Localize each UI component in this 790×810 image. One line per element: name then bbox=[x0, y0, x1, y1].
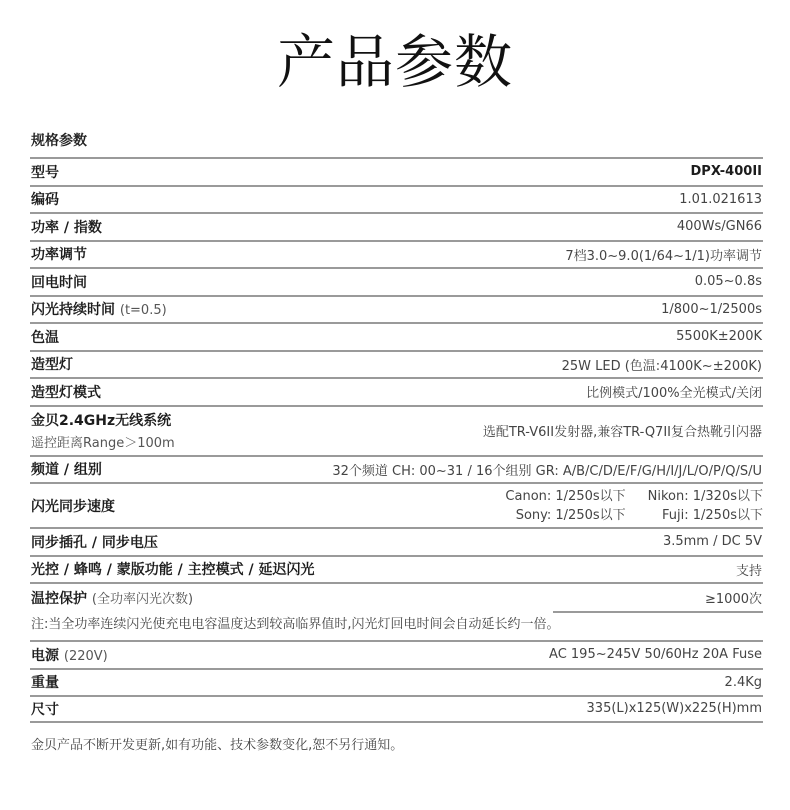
thermal-note: 注:当全功率连续闪光使充电电容温度达到较高临界值时,闪光灯回电时间会自动延长约一… bbox=[30, 611, 763, 638]
spec-value: 3.5mm / DC 5V bbox=[663, 534, 763, 549]
spec-label: 闪光持续时间 (t=0.5) bbox=[30, 299, 167, 319]
spec-table: 型号 DPX-400II 编码 1.01.021613 功率 / 指数 400W… bbox=[30, 157, 763, 723]
spec-label: 光控 / 蜂鸣 / 蒙版功能 / 主控模式 / 延迟闪光 bbox=[30, 559, 314, 579]
spec-label-range: 遥控距离Range＞100m bbox=[31, 432, 175, 451]
spec-label: 回电时间 bbox=[30, 272, 87, 292]
spec-row-power-gn: 功率 / 指数 400Ws/GN66 bbox=[30, 212, 763, 240]
spec-label: 编码 bbox=[30, 189, 59, 209]
spec-label: 同步插孔 / 同步电压 bbox=[30, 532, 158, 552]
spec-row-wireless-system: 金贝2.4GHz无线系统 遥控距离Range＞100m 选配TR-V6II发射器… bbox=[30, 405, 763, 455]
spec-value: 5500K±200K bbox=[676, 329, 763, 344]
spec-label: 色温 bbox=[30, 327, 59, 347]
spec-label-main: 温控保护 bbox=[31, 591, 87, 607]
spec-value: 1/800~1/2500s bbox=[661, 302, 763, 317]
spec-row-sync-port: 同步插孔 / 同步电压 3.5mm / DC 5V bbox=[30, 527, 763, 555]
page-title: 产品参数 bbox=[0, 26, 790, 98]
spec-label: 金贝2.4GHz无线系统 遥控距离Range＞100m bbox=[30, 410, 175, 451]
spec-row-channel-group: 频道 / 组别 32个频道 CH: 00~31 / 16个组别 GR: A/B/… bbox=[30, 455, 763, 483]
spec-value: 25W LED (色温:4100K~±200K) bbox=[562, 355, 763, 374]
spec-value: 1.01.021613 bbox=[679, 192, 763, 207]
spec-row-thermal-protection: 温控保护 (全功率闪光次数) ≥1000次 注:当全功率连续闪光使充电电容温度达… bbox=[30, 582, 763, 640]
spec-row-modeling-lamp-mode: 造型灯模式 比例模式/100%全光模式/关闭 bbox=[30, 377, 763, 405]
spec-label-sub: (全功率闪光次数) bbox=[92, 592, 193, 607]
spec-label: 型号 bbox=[30, 162, 59, 182]
spec-row-power-adjust: 功率调节 7档3.0~9.0(1/64~1/1)功率调节 bbox=[30, 240, 763, 268]
spec-value: 7档3.0~9.0(1/64~1/1)功率调节 bbox=[565, 245, 763, 264]
thermal-block: 温控保护 (全功率闪光次数) ≥1000次 注:当全功率连续闪光使充电电容温度达… bbox=[30, 584, 763, 640]
spec-label-main: 闪光持续时间 bbox=[31, 302, 115, 318]
spec-label: 闪光同步速度 bbox=[30, 496, 115, 516]
spec-label: 电源 (220V) bbox=[30, 645, 108, 665]
spec-label: 功率 / 指数 bbox=[30, 217, 102, 237]
spec-row-flash-duration: 闪光持续时间 (t=0.5) 1/800~1/2500s bbox=[30, 295, 763, 323]
spec-label: 尺寸 bbox=[30, 699, 59, 719]
spec-row-code: 编码 1.01.021613 bbox=[30, 185, 763, 213]
spec-value: 支持 bbox=[736, 560, 763, 579]
section-heading: 规格参数 bbox=[31, 131, 87, 151]
spec-value: AC 195~245V 50/60Hz 20A Fuse bbox=[549, 647, 763, 662]
spec-value: ≥1000次 bbox=[705, 588, 763, 607]
spec-row-model: 型号 DPX-400II bbox=[30, 157, 763, 185]
spec-label-sub: (t=0.5) bbox=[120, 303, 167, 318]
partial-divider bbox=[553, 611, 763, 613]
spec-label-main: 金贝2.4GHz无线系统 bbox=[31, 410, 175, 430]
spec-value: 2.4Kg bbox=[725, 675, 763, 690]
spec-label-sub: (220V) bbox=[64, 649, 108, 664]
spec-row-modeling-lamp: 造型灯 25W LED (色温:4100K~±200K) bbox=[30, 350, 763, 378]
spec-label: 造型灯模式 bbox=[30, 382, 101, 402]
spec-label: 造型灯 bbox=[30, 354, 73, 374]
spec-value: 比例模式/100%全光模式/关闭 bbox=[586, 382, 763, 401]
spec-label: 功率调节 bbox=[30, 244, 87, 264]
disclaimer-footnote: 金贝产品不断开发更新,如有功能、技术参数变化,恕不另行通知。 bbox=[31, 736, 403, 756]
spec-label: 频道 / 组别 bbox=[30, 459, 102, 479]
spec-row-sync-speed: 闪光同步速度 Canon: 1/250s以下 Nikon: 1/320s以下 S… bbox=[30, 482, 763, 527]
spec-row-features: 光控 / 蜂鸣 / 蒙版功能 / 主控模式 / 延迟闪光 支持 bbox=[30, 555, 763, 583]
sync-speed-grid: Canon: 1/250s以下 Nikon: 1/320s以下 Sony: 1/… bbox=[505, 487, 763, 525]
spec-value: 400Ws/GN66 bbox=[677, 219, 763, 234]
spec-value: DPX-400II bbox=[691, 164, 764, 179]
spec-label: 重量 bbox=[30, 672, 59, 692]
spec-row-dimensions: 尺寸 335(L)x125(W)x225(H)mm bbox=[30, 695, 763, 723]
spec-label-main: 电源 bbox=[31, 648, 59, 664]
thermal-top: 温控保护 (全功率闪光次数) ≥1000次 bbox=[30, 584, 763, 611]
spec-row-recycle-time: 回电时间 0.05~0.8s bbox=[30, 267, 763, 295]
spec-label: 温控保护 (全功率闪光次数) bbox=[30, 588, 193, 608]
spec-value: 0.05~0.8s bbox=[695, 274, 763, 289]
spec-row-color-temp: 色温 5500K±200K bbox=[30, 322, 763, 350]
spec-row-weight: 重量 2.4Kg bbox=[30, 668, 763, 696]
sync-sony: Sony: 1/250s以下 bbox=[505, 506, 625, 525]
sync-canon: Canon: 1/250s以下 bbox=[505, 487, 625, 506]
spec-row-power-supply: 电源 (220V) AC 195~245V 50/60Hz 20A Fuse bbox=[30, 640, 763, 668]
sync-nikon: Nikon: 1/320s以下 bbox=[648, 487, 763, 506]
spec-value: 335(L)x125(W)x225(H)mm bbox=[587, 701, 763, 716]
spec-value: 32个频道 CH: 00~31 / 16个组别 GR: A/B/C/D/E/F/… bbox=[332, 460, 763, 479]
spec-value: 选配TR-V6II发射器,兼容TR-Q7II复合热靴引闪器 bbox=[483, 421, 763, 440]
sync-fuji: Fuji: 1/250s以下 bbox=[648, 506, 763, 525]
